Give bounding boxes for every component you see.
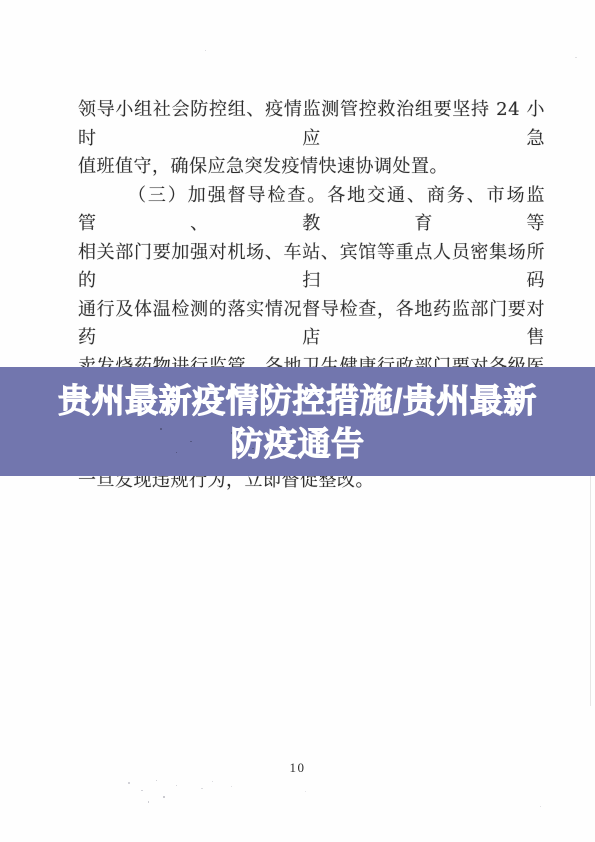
banner-title-line2: 防疫通告 [231, 422, 365, 465]
document-line: 值班值守，确保应急突发疫情快速协调处置。 [78, 153, 545, 182]
document-line: 相关部门要加强对机场、车站、宾馆等重点人员密集场所的扫码 [78, 239, 545, 296]
scan-edge-artifact [590, 476, 591, 706]
document-line: 通行及体温检测的落实情况督导检查，各地药监部门要对药店售 [78, 296, 545, 353]
title-banner: 贵州最新疫情防控措施/贵州最新 防疫通告 [0, 367, 595, 476]
document-page: { "page": { "background_color": "#fefefe… [0, 0, 595, 842]
document-line: （三）加强督导检查。各地交通、商务、市场监管、教育等 [78, 182, 545, 239]
banner-title-line1: 贵州最新疫情防控措施/贵州最新 [58, 379, 537, 422]
document-line: 领导小组社会防控组、疫情监测管控救治组要坚持 24 小时应急 [78, 96, 545, 153]
page-number: 10 [0, 760, 595, 776]
